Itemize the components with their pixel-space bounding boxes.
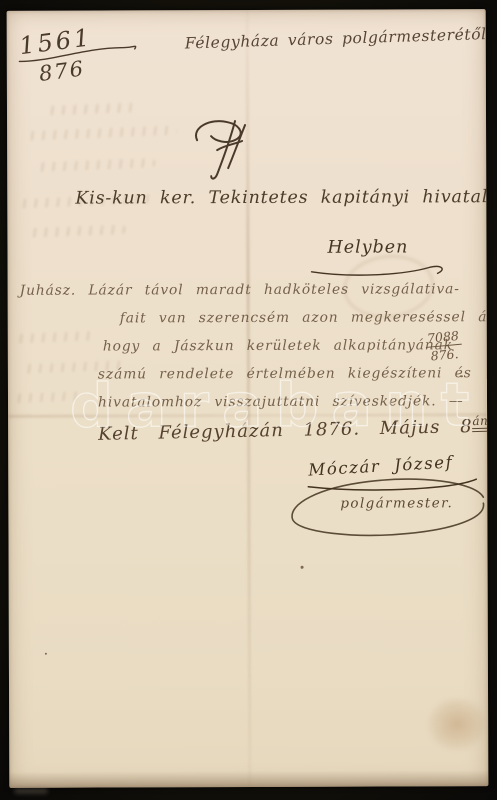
monogram-flourish-icon (187, 114, 261, 184)
ink-speck (45, 653, 47, 655)
dateline-day-suffix: án (472, 414, 488, 432)
show-through-mark (27, 126, 177, 141)
letterhead: Félegyháza város polgármesterétől. (185, 25, 489, 53)
show-through-mark (29, 225, 125, 238)
body-line-4: számú rendelete értelmében kiegészíteni … (98, 365, 472, 382)
ink-speck (460, 375, 463, 377)
addressee-line: Kis-kun ker. Tekintetes kapitányi hivata… (75, 187, 488, 209)
body-line-1: Juhász. Lázár távol maradt hadköteles vi… (20, 281, 460, 299)
show-through-mark (47, 103, 135, 115)
delivery-underline-flourish (310, 261, 450, 277)
document-page: 1561 876 Félegyháza város polgármesterét… (7, 9, 489, 788)
reference-denominator: 876. (426, 345, 463, 364)
ink-speck (301, 566, 304, 569)
dateline: Kelt Félegyházán 1876. Május 8án (98, 414, 488, 445)
delivery-line: Helyben (327, 237, 408, 257)
show-through-mark (16, 331, 96, 343)
body-line-5: hivatalomhoz visszajuttatni szíveskedjék… (98, 393, 464, 410)
scan-surface: 1561 876 Félegyháza város polgármesterét… (0, 0, 497, 800)
reference-number-fraction: 7088 876. (424, 328, 463, 364)
scan-edge-smudge (14, 788, 48, 794)
docket-number: 1561 876 (18, 17, 146, 88)
body-line-2: fait van szerencsém azon megkereséssel á… (120, 309, 489, 326)
paper-stain (427, 697, 487, 751)
signature-title: polgármester. (340, 495, 453, 511)
show-through-mark (14, 391, 84, 403)
body-line-3: hogy a Jászkun kerületek alkapitányának (103, 337, 453, 354)
show-through-mark (37, 158, 155, 172)
bottom-edge-shadow (9, 770, 488, 788)
dateline-text: Kelt Félegyházán 1876. Május 8 (98, 416, 473, 445)
